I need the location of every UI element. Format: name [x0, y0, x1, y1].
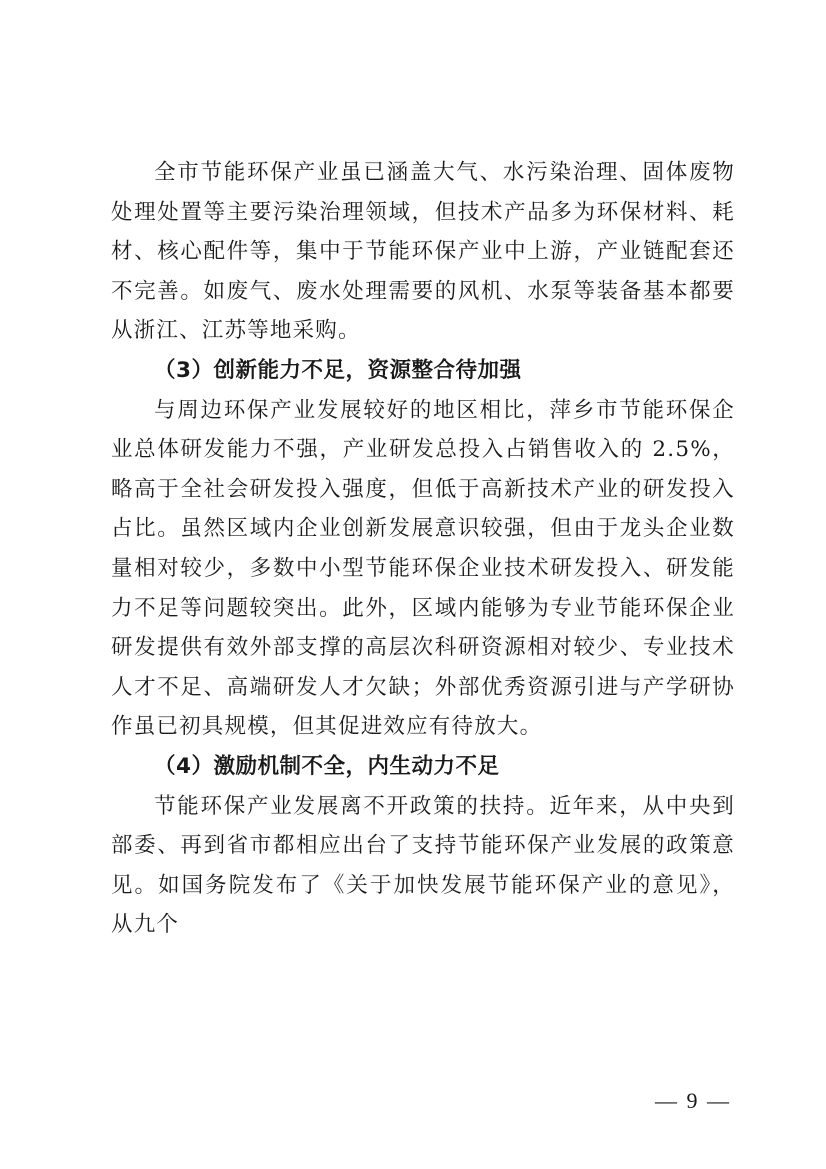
section-heading-3: （3）创新能力不足，资源整合待加强 [111, 351, 735, 391]
page-number: — 9 — [655, 1088, 731, 1114]
paragraph-industry-chain: 全市节能环保产业虽已涵盖大气、水污染治理、固体废物处理处置等主要污染治理领域，但… [111, 153, 735, 351]
section-heading-4: （4）激励机制不全，内生动力不足 [111, 747, 735, 787]
paragraph-policy: 节能环保产业发展离不开政策的扶持。近年来，从中央到部委、再到省市都相应出台了支持… [111, 787, 735, 945]
document-page: 全市节能环保产业虽已涵盖大气、水污染治理、固体废物处理处置等主要污染治理领域，但… [0, 0, 826, 1169]
paragraph-innovation: 与周边环保产业发展较好的地区相比，萍乡市节能环保企业总体研发能力不强，产业研发总… [111, 391, 735, 747]
page-body: 全市节能环保产业虽已涵盖大气、水污染治理、固体废物处理处置等主要污染治理领域，但… [111, 153, 735, 945]
